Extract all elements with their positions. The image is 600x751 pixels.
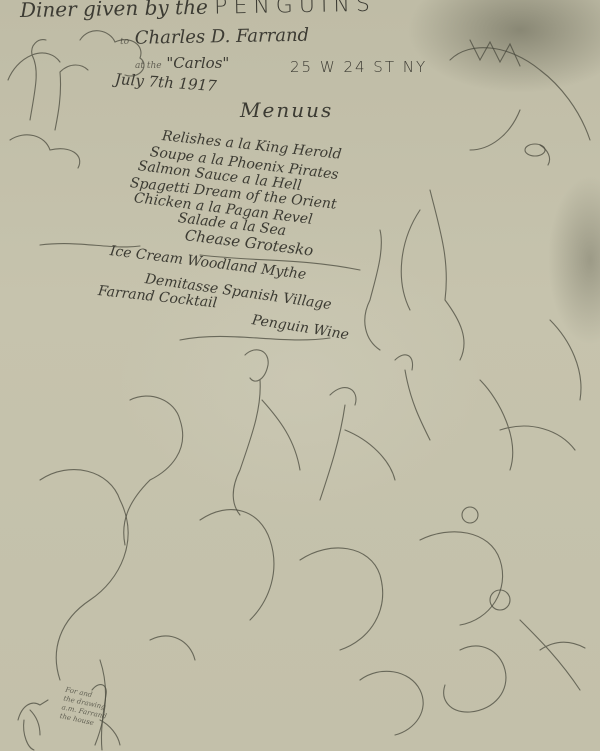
honoree-prefix: to (120, 37, 129, 47)
venue-address: 25 W 24 ST NY (290, 58, 427, 76)
venue-prefix: at the (135, 61, 162, 71)
title-prefix: Diner given by the (20, 0, 208, 22)
honoree-name: Charles D. Farrand (135, 25, 310, 49)
honoree-line: to Charles D. Farrand (120, 25, 309, 49)
menu-heading: Menuus (240, 98, 333, 122)
venue-line: at the "Carlos" (135, 54, 229, 72)
venue-name: "Carlos" (166, 54, 229, 72)
menu-sketch-sheet: Diner given by the PENGUINS to Charles D… (0, 0, 600, 751)
title-host: PENGUINS (214, 0, 376, 20)
